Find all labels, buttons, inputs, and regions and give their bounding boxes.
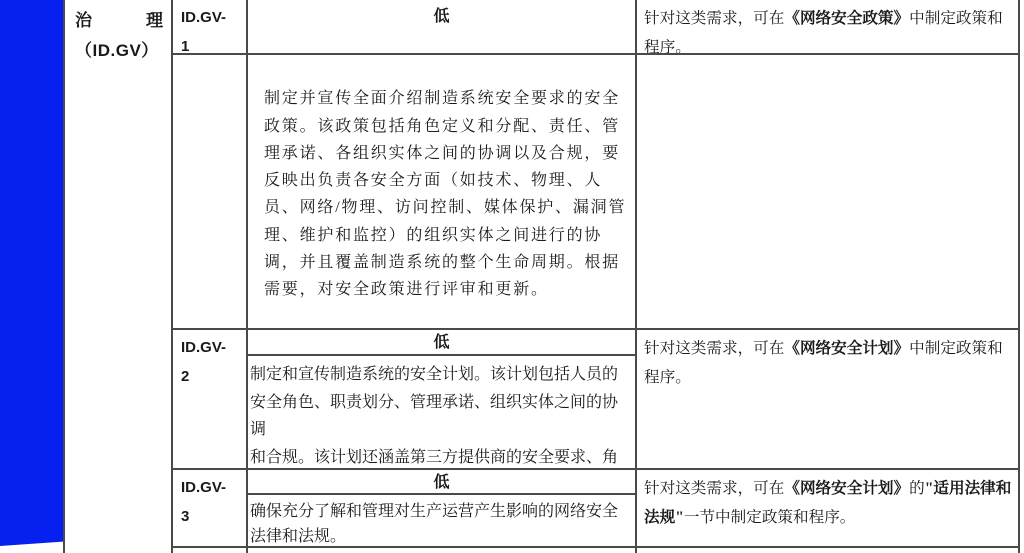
subcategory-id-cell-3: ID.GV-3 bbox=[173, 470, 248, 548]
function-name: 治 理 bbox=[75, 6, 163, 36]
priority-cell-2: 低 bbox=[248, 330, 637, 356]
description-cell-1: 制定并宣传全面介绍制造系统安全要求的安全 政策。该政策包括角色定义和分配、责任、… bbox=[248, 55, 637, 330]
table-cut-stub bbox=[637, 548, 1020, 553]
subcategory-id-cell-1-empty bbox=[173, 55, 248, 330]
description-1-paragraph-1: 制定并宣传全面介绍制造系统安全要求的安全 政策。该政策包括角色定义和分配、责任、… bbox=[250, 85, 633, 303]
function-cell: 治 理 （ID.GV） bbox=[63, 0, 173, 553]
recommendation-cell-1-empty bbox=[637, 55, 1020, 330]
function-name-char2: 理 bbox=[146, 6, 163, 36]
recommendation-cell-3: 针对这类需求，可在《网络安全计划》的"适用法律和 法规"一节中制定政策和程序。 bbox=[637, 470, 1020, 548]
priority-cell-3: 低 bbox=[248, 470, 637, 495]
recommendation-cell-2: 针对这类需求，可在《网络安全计划》中制定政策和 程序。 bbox=[637, 330, 1020, 470]
function-code: （ID.GV） bbox=[75, 36, 163, 66]
table-cut-stub bbox=[248, 548, 637, 553]
subcategory-id-cell-2: ID.GV-2 bbox=[173, 330, 248, 470]
page-highlight-bar bbox=[0, 0, 63, 546]
priority-cell-1: 低 bbox=[248, 0, 637, 55]
governance-table: 治 理 （ID.GV） ID.GV-1 低 针对这类需求，可在《网络安全政策》中… bbox=[63, 0, 1020, 553]
table-cut-stub bbox=[173, 548, 248, 553]
function-name-char1: 治 bbox=[75, 6, 92, 36]
description-cell-2: 制定和宣传制造系统的安全计划。该计划包括人员的 安全角色、职责划分、管理承诺、组… bbox=[248, 356, 637, 470]
description-cell-3: 确保充分了解和管理对生产运营产生影响的网络安全 法律和法规。 bbox=[248, 495, 637, 548]
recommendation-cell-1: 针对这类需求，可在《网络安全政策》中制定政策和 程序。 bbox=[637, 0, 1020, 55]
subcategory-id-cell-1: ID.GV-1 bbox=[173, 0, 248, 55]
